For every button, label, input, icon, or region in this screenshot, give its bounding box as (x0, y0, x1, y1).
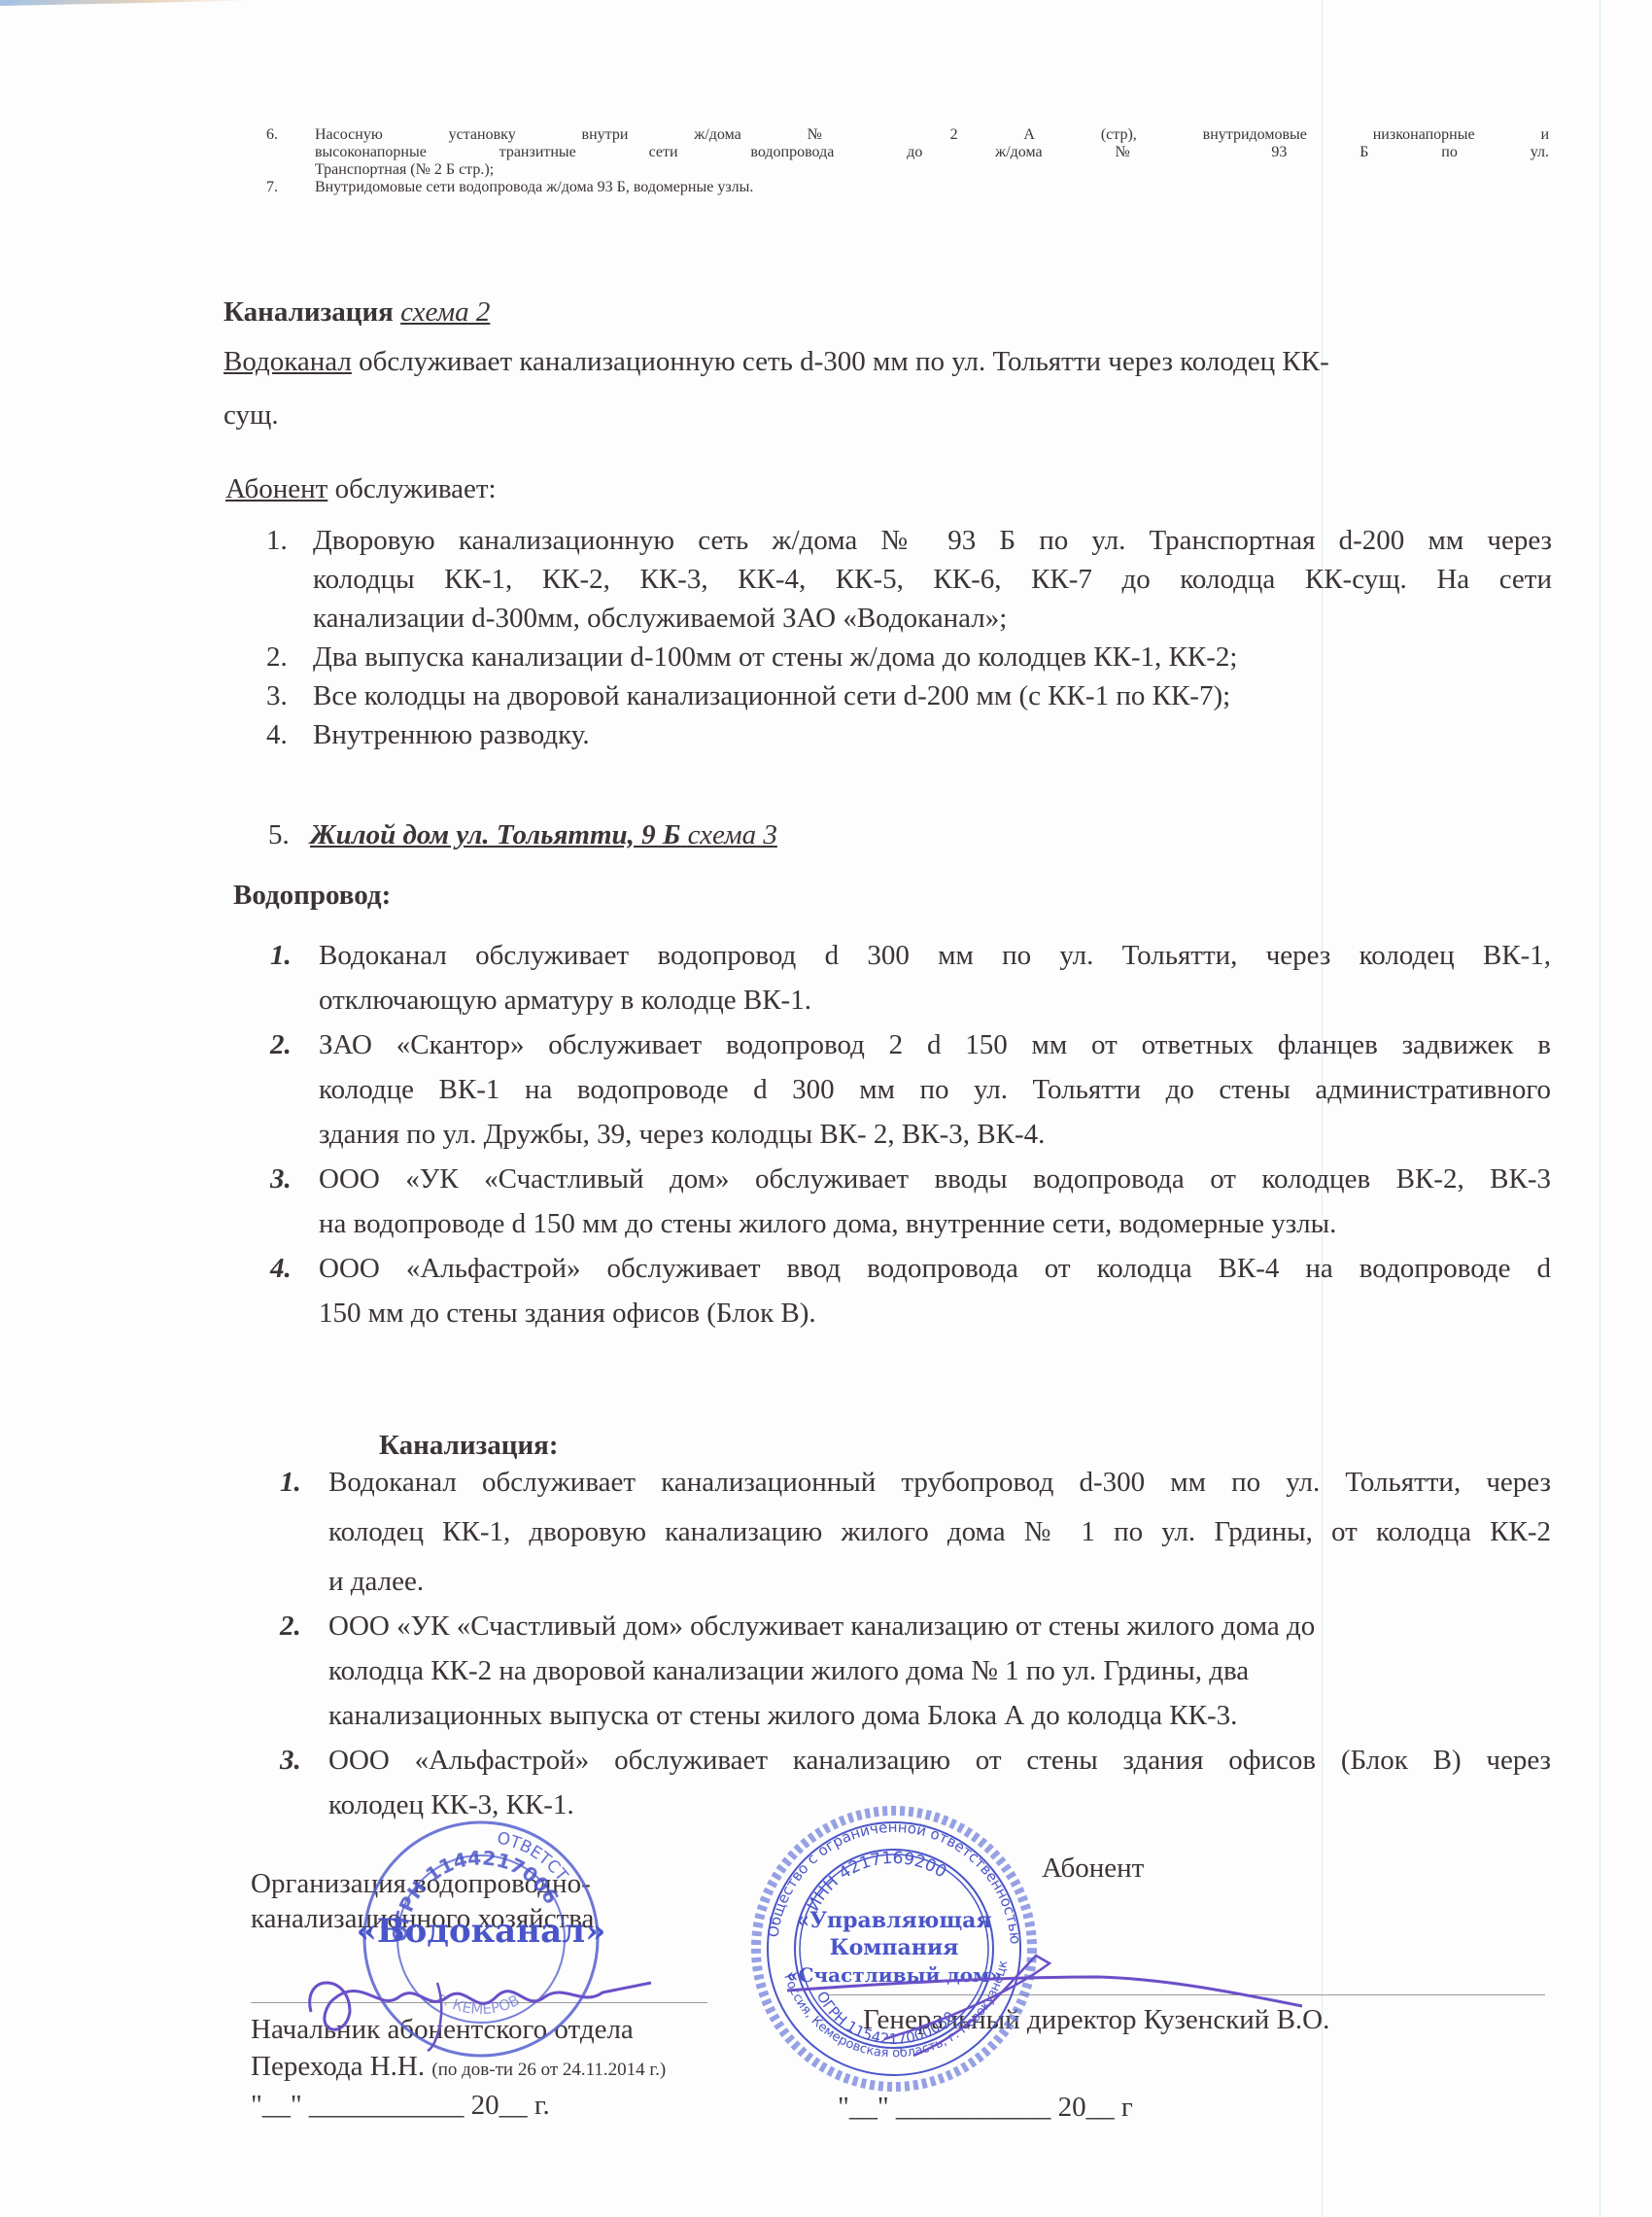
item-number: 3. (280, 1738, 301, 1783)
item-line: Транспортная (№ 2 Б стр.); (315, 161, 1549, 179)
vodokanal-paragraph: Водоканал обслуживает канализационную се… (224, 332, 1550, 439)
scan-artifact-line (1600, 0, 1600, 2217)
abonent-label: Абонент (1042, 1851, 1144, 1886)
item-line: Дворовую канализационную сеть ж/дома № 9… (313, 521, 1552, 560)
vodokanal-label: Водоканал (224, 346, 352, 377)
document-page: 6. Насосную установку внутри ж/дома № 2 … (0, 0, 1652, 2217)
item-line: Внутреннюю разводку. (313, 715, 1552, 754)
scheme-link: схема 3 (688, 819, 777, 850)
item-number: 3. (270, 1157, 292, 1201)
item-line: Внутридомовые сети водопровода ж/дома 93… (315, 179, 1549, 196)
item-line: отключающую арматуру в колодце ВК-1. (319, 978, 1551, 1022)
item-number: 2. (266, 638, 288, 676)
item-line: и далее. (328, 1559, 1551, 1604)
sewer-heading: Канализация схема 2 (224, 290, 490, 334)
water-heading: Водопровод: (233, 873, 391, 918)
item-line: колодцы КК-1, КК-2, КК-3, КК-4, КК-5, КК… (313, 560, 1552, 599)
item-number: 6. (266, 126, 278, 144)
item-number: 1. (266, 521, 288, 560)
item-number: 2. (280, 1604, 301, 1648)
section-number: 5. (268, 819, 290, 850)
item-line: канализационных выпуска от стены жилого … (328, 1693, 1551, 1738)
date-line: "__" ___________ 20__ г (838, 2090, 1133, 2125)
item-line: 150 мм до стены здания офисов (Блок В). (319, 1291, 1551, 1335)
item-line: колодца КК-2 на дворовой канализации жил… (328, 1648, 1551, 1693)
abonent-paragraph: Абонент обслуживает: (225, 467, 497, 511)
item-line: Водоканал обслуживает канализационный тр… (328, 1460, 1551, 1505)
scan-artifact (0, 0, 253, 6)
paragraph-text: сущ. (224, 391, 1550, 439)
item-number: 2. (270, 1022, 292, 1067)
abonent-label: Абонент (225, 473, 327, 504)
list-item: 3. Все колодцы на дворовой канализационн… (313, 676, 1552, 715)
sewer-heading-text: Канализация (224, 296, 394, 328)
list-item: 4. ООО «Альфастрой» обслуживает ввод вод… (319, 1246, 1551, 1335)
item-number: 1. (280, 1460, 301, 1505)
signature-scribble (777, 1934, 1322, 2070)
scheme-link: схема 2 (400, 296, 490, 328)
item-line: канализации d-300мм, обслуживаемой ЗАО «… (313, 599, 1552, 638)
date-line: "__" ___________ 20__ г. (251, 2088, 550, 2123)
item-line: Два выпуска канализации d-100мм от стены… (313, 638, 1552, 676)
item-line: ООО «УК «Счастливый дом» обслуживает кан… (328, 1604, 1551, 1648)
sewer-list: 1. Водоканал обслуживает канализационный… (328, 1460, 1551, 1827)
item-line: ООО «Альфастрой» обслуживает канализацию… (328, 1738, 1551, 1783)
list-item: 1. Дворовую канализационную сеть ж/дома … (313, 521, 1552, 638)
svg-text:«Управляющая: «Управляющая (796, 1908, 991, 1933)
item-line: Водоканал обслуживает водопровод d 300 м… (319, 933, 1551, 978)
item-line: колодце ВК-1 на водопроводе d 300 мм по … (319, 1067, 1551, 1112)
list-item: 7. Внутридомовые сети водопровода ж/дома… (315, 179, 1549, 196)
list-item: 2. ООО «УК «Счастливый дом» обслуживает … (328, 1604, 1551, 1738)
list-item: 4. Внутреннюю разводку. (313, 715, 1552, 754)
item-number: 7. (266, 179, 278, 196)
item-line: ООО «УК «Счастливый дом» обслуживает вво… (319, 1157, 1551, 1201)
list-item: 2. Два выпуска канализации d-100мм от ст… (313, 638, 1552, 676)
item-line: высоконапорные транзитные сети водопрово… (315, 144, 1549, 161)
list-item: 1. Водоканал обслуживает водопровод d 30… (319, 933, 1551, 1022)
signature-scribble (292, 1954, 661, 2061)
item-number: 4. (266, 715, 288, 754)
list-item: 1. Водоканал обслуживает канализационный… (328, 1460, 1551, 1604)
item-line: ООО «Альфастрой» обслуживает ввод водопр… (319, 1246, 1551, 1291)
item-line: Насосную установку внутри ж/дома № 2 А (… (315, 126, 1549, 144)
water-list-continued: 6. Насосную установку внутри ж/дома № 2 … (315, 126, 1549, 196)
svg-text:«Водоканал»: «Водоканал» (357, 1912, 606, 1951)
item-line: на водопроводе d 150 мм до стены жилого … (319, 1201, 1551, 1246)
item-line: Все колодцы на дворовой канализационной … (313, 676, 1552, 715)
item-number: 4. (270, 1246, 292, 1291)
item-number: 1. (270, 933, 292, 978)
list-item: 3. ООО «УК «Счастливый дом» обслуживает … (319, 1157, 1551, 1246)
section-title: Жилой дом ул. Тольятти, 9 Б (310, 819, 680, 850)
item-line: здания по ул. Дружбы, 39, через колодцы … (319, 1112, 1551, 1157)
paragraph-text: обслуживает канализационную сеть d-300 м… (352, 346, 1329, 377)
list-item: 2. ЗАО «Скантор» обслуживает водопровод … (319, 1022, 1551, 1157)
sewer-abonent-list: 1. Дворовую канализационную сеть ж/дома … (313, 521, 1552, 754)
item-line: ЗАО «Скантор» обслуживает водопровод 2 d… (319, 1022, 1551, 1067)
item-line: колодец КК-1, дворовую канализацию жилог… (328, 1505, 1551, 1559)
item-number: 3. (266, 676, 288, 715)
water-list: 1. Водоканал обслуживает водопровод d 30… (319, 933, 1551, 1335)
paragraph-text: обслуживает: (327, 473, 496, 504)
section-5-title: 5. Жилой дом ул. Тольятти, 9 Б схема 3 (268, 813, 777, 857)
list-item: 6. Насосную установку внутри ж/дома № 2 … (315, 126, 1549, 179)
